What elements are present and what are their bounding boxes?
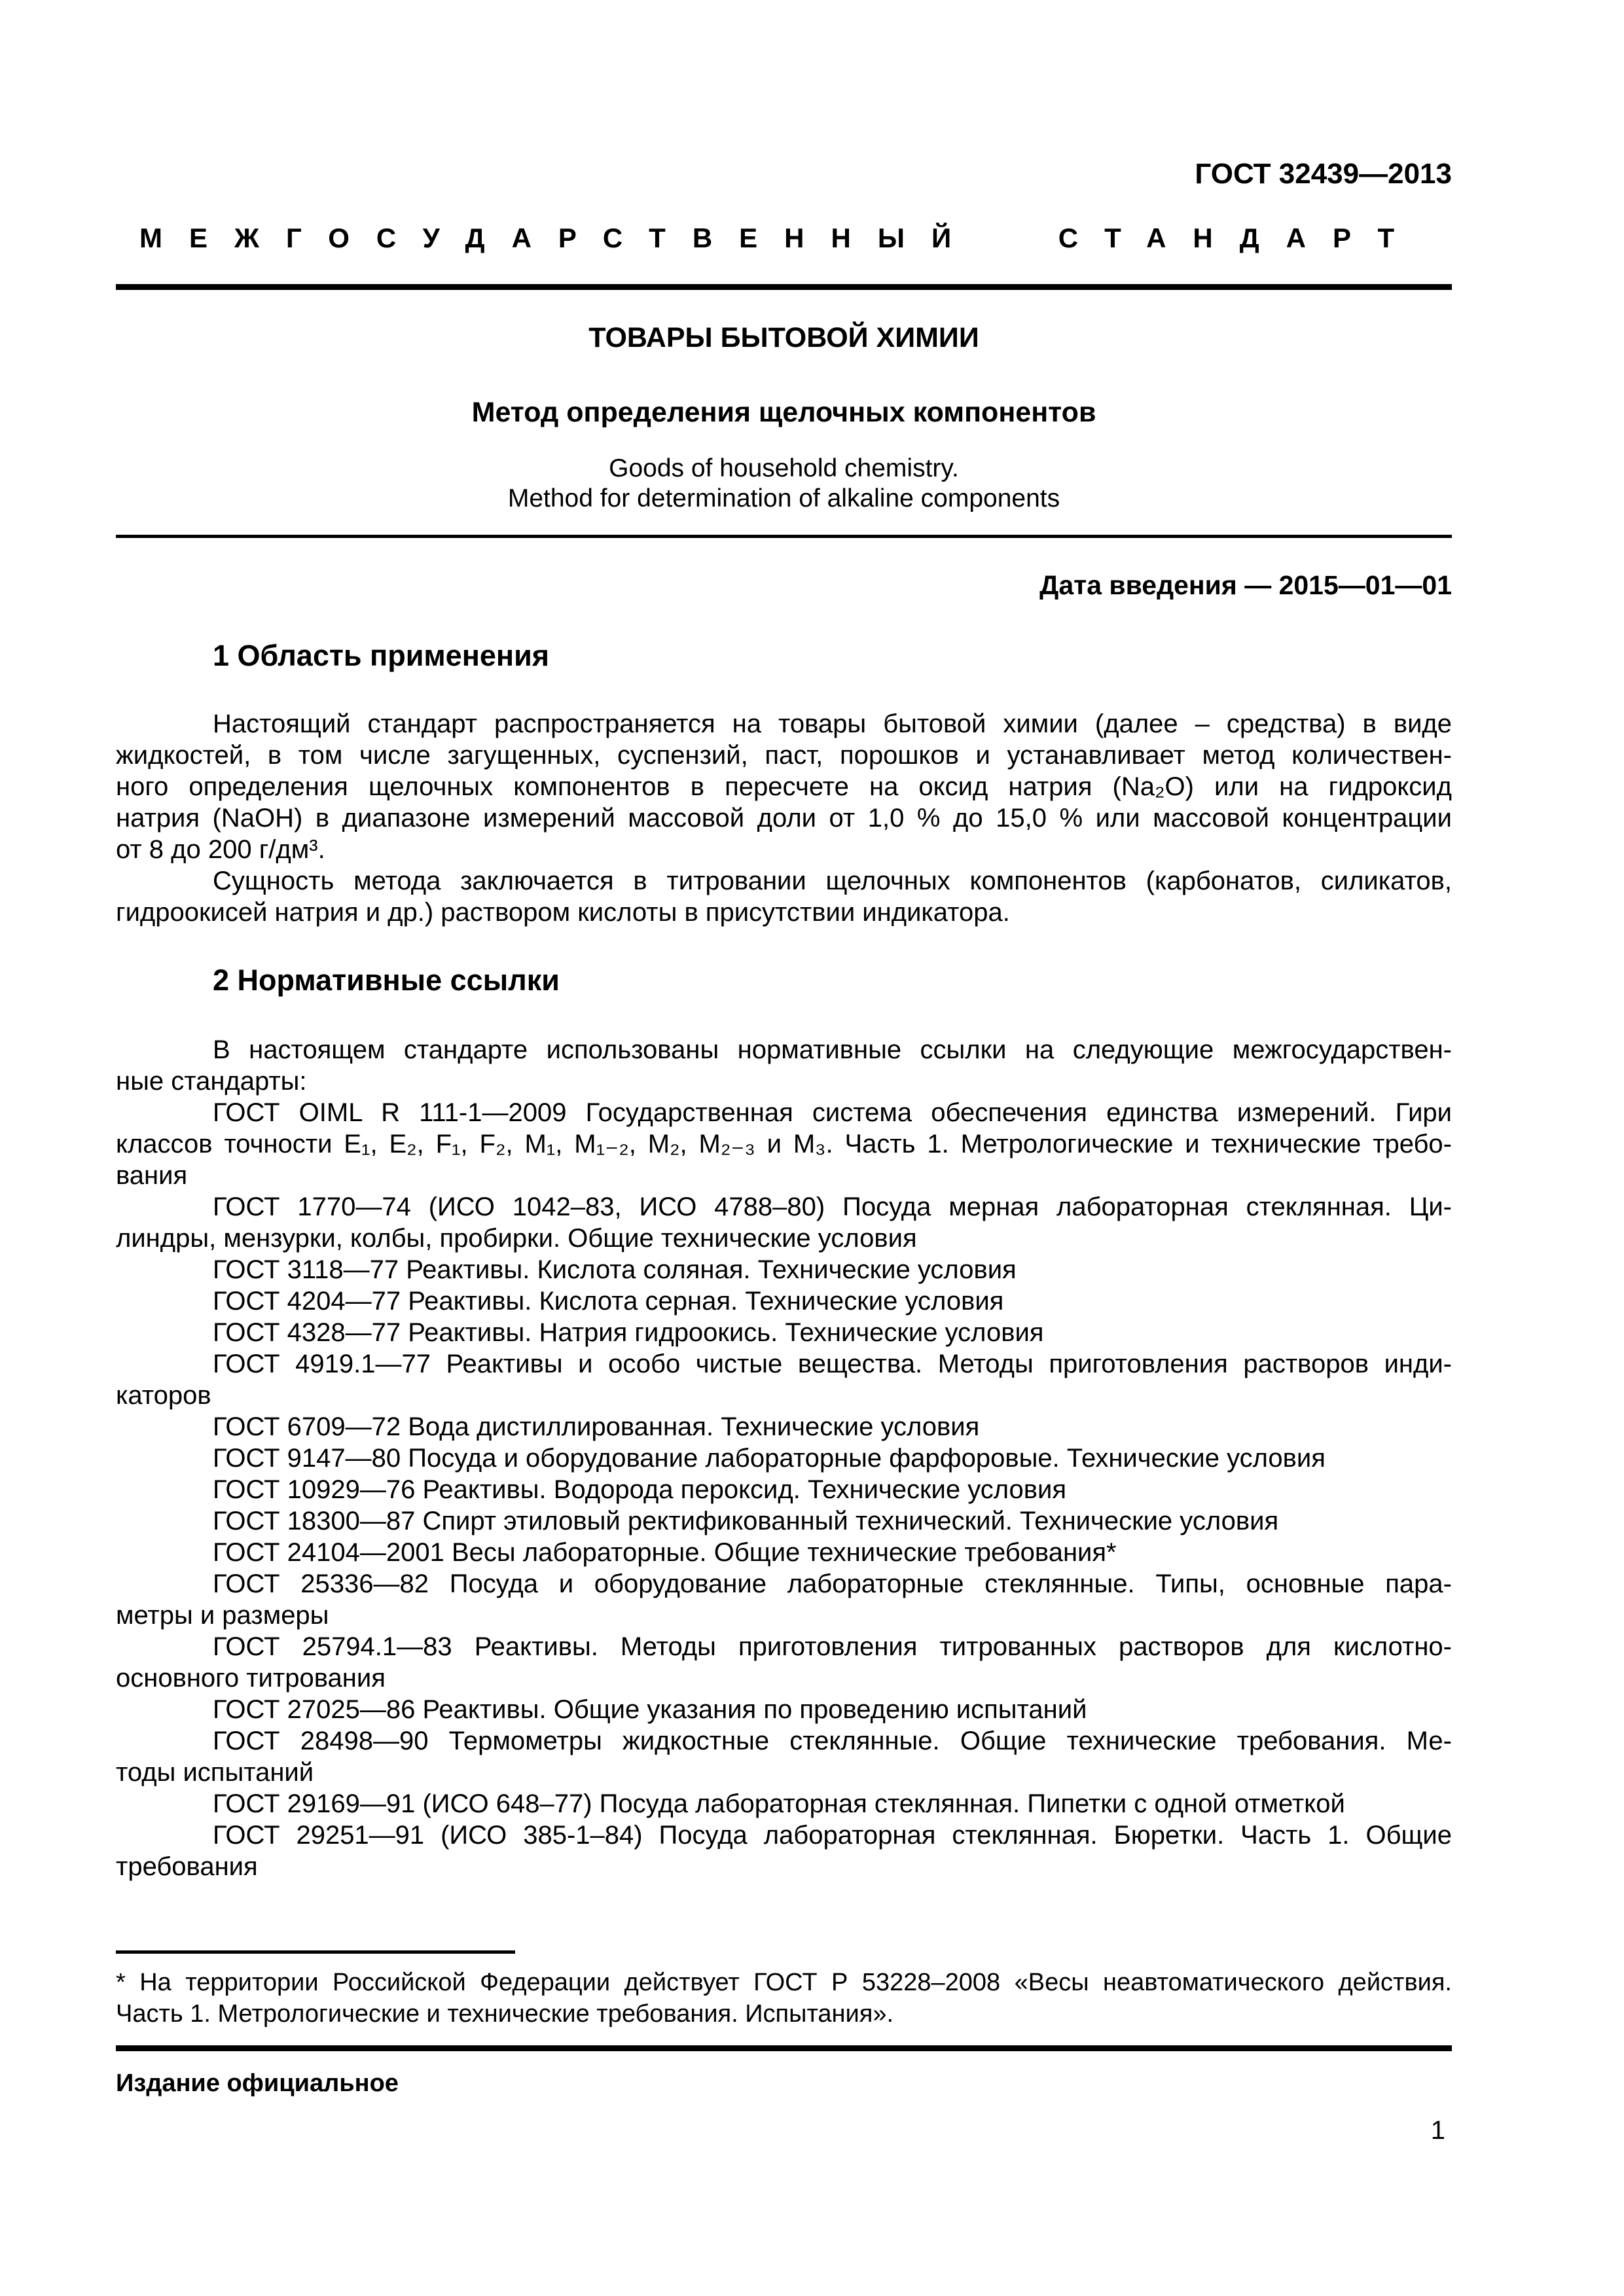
paragraph: ГОСТ 6709—72 Вода дистиллированная. Техн…: [116, 1411, 1452, 1443]
paragraph: Сущность метода заключается в титровании…: [116, 865, 1452, 928]
text-line: требования: [116, 1851, 1452, 1882]
text-line: вания: [116, 1160, 1452, 1191]
paragraph: ГОСТ 4919.1—77 Реактивы и особо чистые в…: [116, 1348, 1452, 1411]
section-scope: 1 Область применения Настоящий стандарт …: [116, 637, 1452, 928]
text-line: Сущность метода заключается в титровании…: [116, 865, 1452, 897]
text-line: ГОСТ 4204—77 Реактивы. Кислота серная. Т…: [116, 1285, 1452, 1317]
text-line: ГОСТ 25794.1—83 Реактивы. Методы пригото…: [116, 1631, 1452, 1662]
text-line: ГОСТ 10929—76 Реактивы. Водорода перокси…: [116, 1474, 1452, 1505]
text-line: ГОСТ 24104—2001 Весы лабораторные. Общие…: [116, 1537, 1452, 1568]
title-rule: [116, 535, 1452, 538]
text-line: ГОСТ 29169—91 (ИСО 648–77) Посуда лабора…: [116, 1788, 1452, 1820]
text-line: основного титрования: [116, 1662, 1452, 1694]
section-2-heading: 2 Нормативные ссылки: [116, 962, 1452, 999]
text-line: * На территории Российской Федерации дей…: [116, 1967, 1452, 1998]
text-line: ГОСТ 6709—72 Вода дистиллированная. Техн…: [116, 1411, 1452, 1443]
paragraph: ГОСТ 24104—2001 Весы лабораторные. Общие…: [116, 1537, 1452, 1568]
standard-type-banner: МЕЖГОСУДАРСТВЕННЫЙ СТАНДАРТ: [116, 221, 1452, 255]
title-en-line1: Goods of household chemistry.: [116, 454, 1452, 484]
paragraph: ГОСТ 27025—86 Реактивы. Общие указания п…: [116, 1694, 1452, 1725]
text-line: гидроокисей натрия и др.) раствором кисл…: [116, 897, 1452, 928]
paragraph: Настоящий стандарт распространяется на т…: [116, 708, 1452, 865]
paragraph: ГОСТ 4328—77 Реактивы. Натрия гидроокись…: [116, 1317, 1452, 1348]
text-line: ГОСТ 25336—82 Посуда и оборудование лабо…: [116, 1568, 1452, 1600]
paragraph: ГОСТ 25336—82 Посуда и оборудование лабо…: [116, 1568, 1452, 1631]
text-line: жидкостей, в том числе загущенных, суспе…: [116, 740, 1452, 771]
subtitle-ru: Метод определения щелочных компонентов: [116, 396, 1452, 429]
section-2-body: В настоящем стандарте использованы норма…: [116, 1034, 1452, 1882]
footnote-separator: [116, 1950, 515, 1954]
text-line: линдры, мензурки, колбы, пробирки. Общие…: [116, 1223, 1452, 1254]
text-line: ГОСТ 9147—80 Посуда и оборудование лабор…: [116, 1443, 1452, 1474]
text-line: В настоящем стандарте использованы норма…: [116, 1034, 1452, 1066]
text-line: ного определения щелочных компонентов в …: [116, 771, 1452, 802]
paragraph: ГОСТ 25794.1—83 Реактивы. Методы пригото…: [116, 1631, 1452, 1694]
text-line: ные стандарты:: [116, 1066, 1452, 1097]
paragraph: ГОСТ 9147—80 Посуда и оборудование лабор…: [116, 1443, 1452, 1474]
paragraph: ГОСТ 3118—77 Реактивы. Кислота соляная. …: [116, 1254, 1452, 1285]
title-en-line2: Method for determination of alkaline com…: [116, 484, 1452, 514]
text-line: классов точности E₁, E₂, F₁, F₂, M₁, M₁₋…: [116, 1128, 1452, 1160]
text-line: Настоящий стандарт распространяется на т…: [116, 708, 1452, 740]
header-rule: [116, 284, 1452, 290]
footer-rule: [116, 2045, 1452, 2051]
paragraph: ГОСТ 28498—90 Термометры жидкостные стек…: [116, 1725, 1452, 1788]
text-line: ГОСТ 28498—90 Термометры жидкостные стек…: [116, 1725, 1452, 1757]
paragraph: В настоящем стандарте использованы норма…: [116, 1034, 1452, 1097]
footnote: * На территории Российской Федерации дей…: [116, 1967, 1452, 2030]
paragraph: ГОСТ 29251—91 (ИСО 385-1–84) Посуда лабо…: [116, 1820, 1452, 1882]
section-references: 2 Нормативные ссылки В настоящем стандар…: [116, 962, 1452, 1882]
text-line: метры и размеры: [116, 1600, 1452, 1631]
text-line: ГОСТ 3118—77 Реактивы. Кислота соляная. …: [116, 1254, 1452, 1285]
doc-number: ГОСТ 32439—2013: [116, 157, 1452, 191]
text-line: ГОСТ 4328—77 Реактивы. Натрия гидроокись…: [116, 1317, 1452, 1348]
text-line: Часть 1. Метрологические и технические т…: [116, 1998, 1452, 2030]
text-line: ГОСТ 1770—74 (ИСО 1042–83, ИСО 4788–80) …: [116, 1191, 1452, 1223]
text-line: каторов: [116, 1380, 1452, 1411]
paragraph: ГОСТ OIML R 111-1—2009 Государственная с…: [116, 1097, 1452, 1191]
paragraph: ГОСТ 10929—76 Реактивы. Водорода перокси…: [116, 1474, 1452, 1505]
text-line: ГОСТ 29251—91 (ИСО 385-1–84) Посуда лабо…: [116, 1820, 1452, 1851]
text-line: тоды испытаний: [116, 1757, 1452, 1788]
paragraph: ГОСТ 1770—74 (ИСО 1042–83, ИСО 4788–80) …: [116, 1191, 1452, 1254]
section-1-body: Настоящий стандарт распространяется на т…: [116, 708, 1452, 928]
page-number: 1: [116, 2115, 1452, 2145]
text-line: от 8 до 200 г/дм³.: [116, 834, 1452, 865]
document-page: ГОСТ 32439—2013 МЕЖГОСУДАРСТВЕННЫЙ СТАНД…: [0, 0, 1624, 2296]
text-line: натрия (NaOH) в диапазоне измерений масс…: [116, 802, 1452, 834]
section-1-heading: 1 Область применения: [116, 637, 1452, 674]
paragraph: ГОСТ 29169—91 (ИСО 648–77) Посуда лабора…: [116, 1788, 1452, 1820]
text-line: ГОСТ OIML R 111-1—2009 Государственная с…: [116, 1097, 1452, 1128]
paragraph: ГОСТ 18300—87 Спирт этиловый ректификова…: [116, 1505, 1452, 1537]
title-ru: ТОВАРЫ БЫТОВОЙ ХИМИИ: [116, 321, 1452, 354]
edition-note: Издание официальное: [116, 2068, 1452, 2098]
text-line: ГОСТ 4919.1—77 Реактивы и особо чистые в…: [116, 1348, 1452, 1380]
effective-date: Дата введения — 2015—01—01: [116, 569, 1452, 601]
paragraph: ГОСТ 4204—77 Реактивы. Кислота серная. Т…: [116, 1285, 1452, 1317]
text-line: ГОСТ 18300—87 Спирт этиловый ректификова…: [116, 1505, 1452, 1537]
text-line: ГОСТ 27025—86 Реактивы. Общие указания п…: [116, 1694, 1452, 1725]
